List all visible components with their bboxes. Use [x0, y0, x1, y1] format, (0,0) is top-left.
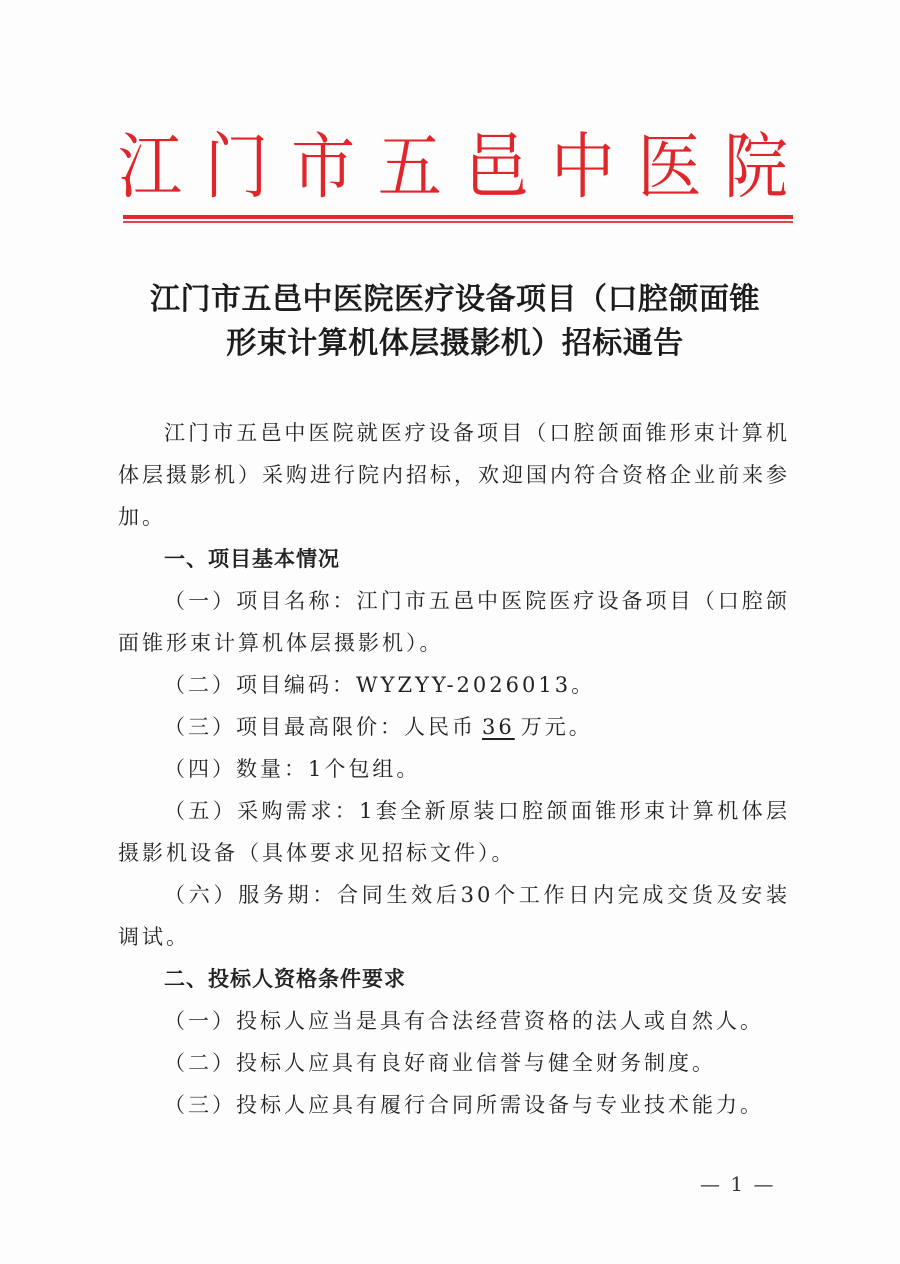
letterhead-char: 江	[118, 123, 182, 213]
letterhead-char: 五	[378, 123, 442, 213]
letterhead-char: 邑	[464, 123, 528, 213]
label: （三）项目最高限价：人民币	[164, 715, 476, 739]
title-line-1: 江门市五邑中医院医疗设备项目（口腔颌面锥	[110, 278, 800, 322]
value: WYZYY-2026013。	[356, 673, 595, 697]
letterhead-rule-thin	[123, 221, 793, 223]
page-number: — 1 —	[700, 1172, 775, 1196]
unit: 万元。	[521, 715, 593, 739]
letterhead-char: 医	[637, 123, 701, 213]
letterhead-rule-thick	[123, 215, 793, 219]
label: （一）项目名称：	[164, 589, 357, 613]
letterhead-char: 市	[291, 123, 355, 213]
section-2-heading: 二、投标人资格条件要求	[118, 958, 790, 1000]
value: 1个包组。	[308, 757, 420, 781]
item-requirement: （五）采购需求：1套全新原装口腔颌面锥形束计算机体层摄影机设备（具体要求见招标文…	[118, 790, 790, 874]
item-project-name: （一）项目名称：江门市五邑中医院医疗设备项目（口腔颌面锥形束计算机体层摄影机）。	[118, 580, 790, 664]
label: （二）项目编码：	[164, 673, 356, 697]
intro-paragraph: 江门市五邑中医院就医疗设备项目（口腔颌面锥形束计算机体层摄影机）采购进行院内招标…	[118, 412, 790, 538]
letterhead-char: 门	[205, 123, 269, 213]
document-title: 江门市五邑中医院医疗设备项目（口腔颌面锥 形束计算机体层摄影机）招标通告	[110, 278, 800, 366]
title-line-2: 形束计算机体层摄影机）招标通告	[110, 322, 800, 366]
item-max-price: （三）项目最高限价：人民币36万元。	[118, 706, 790, 748]
label: （六）服务期：	[164, 883, 337, 907]
item-service-period: （六）服务期：合同生效后30个工作日内完成交货及安装调试。	[118, 874, 790, 958]
qualification-item: （三）投标人应具有履行合同所需设备与专业技术能力。	[118, 1084, 790, 1126]
document-page: 江 门 市 五 邑 中 医 院 江门市五邑中医院医疗设备项目（口腔颌面锥 形束计…	[0, 0, 900, 1264]
letterhead-char: 院	[724, 123, 788, 213]
label: （五）采购需求：	[164, 799, 359, 823]
qualification-item: （一）投标人应当是具有合法经营资格的法人或自然人。	[118, 1000, 790, 1042]
letterhead-char: 中	[551, 123, 615, 213]
qualification-item: （二）投标人应具有良好商业信誉与健全财务制度。	[118, 1042, 790, 1084]
section-1-heading: 一、项目基本情况	[118, 538, 790, 580]
letterhead-hospital-name: 江 门 市 五 邑 中 医 院	[118, 128, 788, 208]
document-body: 江门市五邑中医院就医疗设备项目（口腔颌面锥形束计算机体层摄影机）采购进行院内招标…	[118, 412, 790, 1126]
label: （四）数量：	[164, 757, 308, 781]
item-quantity: （四）数量：1个包组。	[118, 748, 790, 790]
price-value: 36	[476, 715, 521, 739]
item-project-code: （二）项目编码：WYZYY-2026013。	[118, 664, 790, 706]
